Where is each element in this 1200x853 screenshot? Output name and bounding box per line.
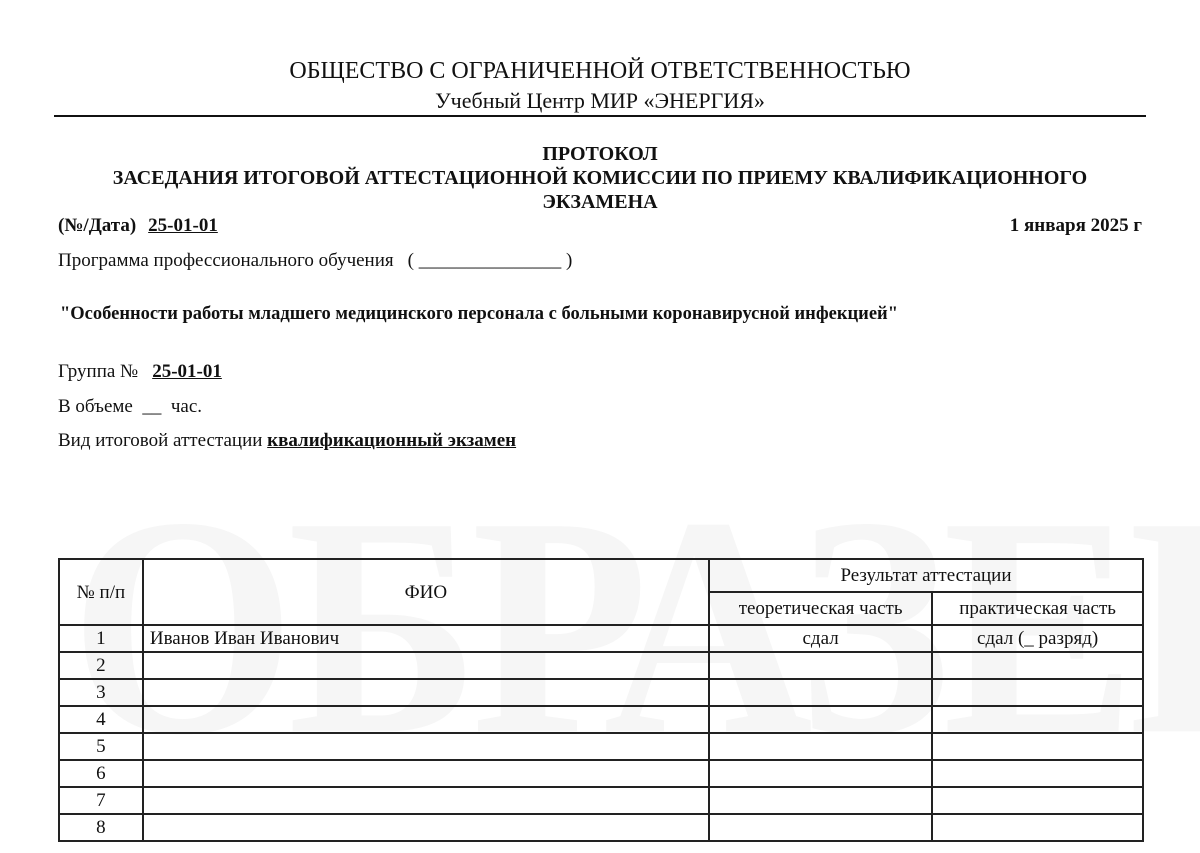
row-number: 2	[59, 652, 143, 679]
row-number: 6	[59, 760, 143, 787]
organization-name: ОБЩЕСТВО С ОГРАНИЧЕННОЙ ОТВЕТСТВЕННОСТЬЮ	[0, 58, 1200, 85]
row-theory-result	[709, 652, 932, 679]
row-name: Иванов Иван Иванович	[143, 625, 709, 652]
row-name	[143, 787, 709, 814]
results-table: № п/п ФИО Результат аттестации теоретиче…	[58, 558, 1144, 842]
row-number: 7	[59, 787, 143, 814]
row-theory-result	[709, 706, 932, 733]
row-practice-result: сдал (_ разряд)	[932, 625, 1143, 652]
program-label: Программа профессионального обучения	[58, 250, 394, 271]
group-value: 25-01-01	[152, 361, 222, 382]
row-name	[143, 679, 709, 706]
hours-line: В объеме __ час.	[58, 396, 202, 418]
row-name	[143, 652, 709, 679]
attestation-type-label: Вид итоговой аттестации	[58, 430, 267, 451]
row-practice-result	[932, 733, 1143, 760]
table-row: 2	[59, 652, 1143, 679]
row-practice-result	[932, 652, 1143, 679]
document-subtitle-line1: ЗАСЕДАНИЯ ИТОГОВОЙ АТТЕСТАЦИОННОЙ КОМИСС…	[0, 167, 1200, 190]
training-center-name: Учебный Центр МИР «ЭНЕРГИЯ»	[0, 88, 1200, 114]
row-name	[143, 706, 709, 733]
row-name	[143, 760, 709, 787]
group-label: Группа №	[58, 361, 138, 382]
table-row: 7	[59, 787, 1143, 814]
header-divider	[54, 115, 1146, 117]
protocol-number: (№/Дата)25-01-01	[58, 215, 218, 237]
attestation-type-line: Вид итоговой аттестации квалификационный…	[58, 430, 516, 452]
table-row: 8	[59, 814, 1143, 841]
header-number: № п/п	[59, 559, 143, 625]
row-number: 1	[59, 625, 143, 652]
row-number: 4	[59, 706, 143, 733]
table-row: 3	[59, 679, 1143, 706]
table-row: 6	[59, 760, 1143, 787]
row-practice-result	[932, 814, 1143, 841]
protocol-number-value: 25-01-01	[148, 215, 218, 236]
document-title: ПРОТОКОЛ	[0, 143, 1200, 166]
row-theory-result: сдал	[709, 625, 932, 652]
header-result: Результат аттестации	[709, 559, 1143, 592]
group-line: Группа №25-01-01	[58, 361, 222, 383]
row-practice-result	[932, 706, 1143, 733]
table-row: 1Иванов Иван Ивановичсдалсдал (_ разряд)	[59, 625, 1143, 652]
row-number: 5	[59, 733, 143, 760]
attestation-type-value: квалификационный экзамен	[267, 430, 516, 451]
protocol-date: 1 января 2025 г	[1010, 215, 1142, 237]
table-row: 4	[59, 706, 1143, 733]
row-practice-result	[932, 787, 1143, 814]
program-topic: "Особенности работы младшего медицинског…	[60, 304, 898, 325]
row-name	[143, 814, 709, 841]
header-name: ФИО	[143, 559, 709, 625]
program-line: Программа профессионального обучения( __…	[58, 250, 572, 272]
row-practice-result	[932, 760, 1143, 787]
row-theory-result	[709, 814, 932, 841]
program-value: ( _______________ )	[408, 250, 573, 271]
table-row: 5	[59, 733, 1143, 760]
row-theory-result	[709, 787, 932, 814]
row-theory-result	[709, 760, 932, 787]
protocol-number-label: (№/Дата)	[58, 215, 136, 236]
document-subtitle-line2: ЭКЗАМЕНА	[0, 191, 1200, 214]
row-theory-result	[709, 733, 932, 760]
row-practice-result	[932, 679, 1143, 706]
row-number: 8	[59, 814, 143, 841]
row-name	[143, 733, 709, 760]
row-number: 3	[59, 679, 143, 706]
header-theory: теоретическая часть	[709, 592, 932, 625]
row-theory-result	[709, 679, 932, 706]
header-practice: практическая часть	[932, 592, 1143, 625]
